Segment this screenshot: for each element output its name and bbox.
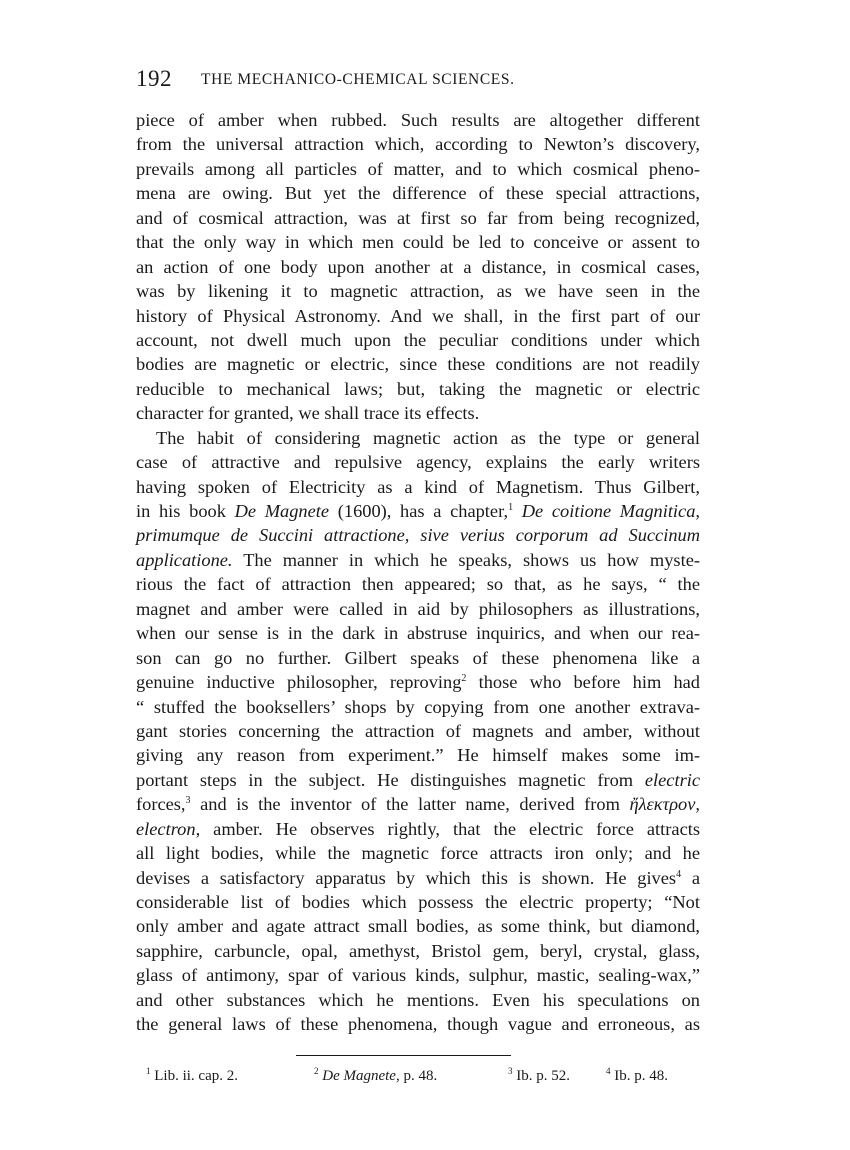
footnote-text: Ib. p. 52. [513,1068,571,1084]
text-line: bodies are magnetic or electric, since t… [136,352,700,376]
text-run: The manner in which he speaks, shows us … [233,550,700,570]
page-number: 192 [136,66,172,92]
text-run: (1600), has a chapter, [329,501,508,521]
text-line: case of attractive and repulsive agency,… [136,450,700,474]
text-line: piece of amber when rubbed. Such results… [136,108,700,132]
text-line: The habit of considering magnetic action… [136,426,700,450]
text-line: applicatione. The manner in which he spe… [136,548,700,572]
text-line: in his book De Magnete (1600), has a cha… [136,499,700,523]
footnote-text: Ib. p. 48. [611,1068,669,1084]
text-run: , amber. He observes rightly, that the e… [196,819,700,839]
footnote-text: Lib. ii. cap. 2. [151,1068,238,1084]
text-line: character for granted, we shall trace it… [136,401,700,425]
text-line: portant steps in the subject. He disting… [136,768,700,792]
text-run: a [681,868,700,888]
text-line: account, not dwell much upon the peculia… [136,328,700,352]
text-line: primumque de Succini attractione, sive v… [136,523,700,547]
text-line: reducible to mechanical laws; but, takin… [136,377,700,401]
footnote-1: 1 Lib. ii. cap. 2. [146,1068,238,1085]
chapter-title-italic: applicatione. [136,550,233,570]
footnote-2: 2 De Magnete, p. 48. [314,1068,437,1085]
text-line: was by likening it to magnetic attractio… [136,279,700,303]
text-line: “ stuffed the booksellers’ shops by copy… [136,695,700,719]
footnote-italic-title: De Magnete [319,1068,396,1084]
text-run: in his book [136,501,235,521]
text-line: and other substances which he mentions. … [136,988,700,1012]
text-line: only amber and agate attract small bodie… [136,914,700,938]
text-line: all light bodies, while the magnetic for… [136,841,700,865]
text-line: sapphire, carbuncle, opal, amethyst, Bri… [136,939,700,963]
body-text: piece of amber when rubbed. Such results… [136,108,700,1037]
book-title-italic: De Magnete [235,501,329,521]
text-line: glass of antimony, spar of various kinds… [136,963,700,987]
text-line: mena are owing. But yet the difference o… [136,181,700,205]
text-line: son can go no further. Gilbert speaks of… [136,646,700,670]
text-line: an action of one body upon another at a … [136,255,700,279]
text-run: portant steps in the subject. He disting… [136,770,645,790]
text-run: and is the inventor of the latter name, … [191,794,630,814]
italic-term: electric [645,770,700,790]
paragraph-1: piece of amber when rubbed. Such results… [136,108,700,426]
text-line: devises a satisfactory apparatus by whic… [136,866,700,890]
footnote-4: 4 Ib. p. 48. [606,1068,668,1085]
italic-term: electron [136,819,196,839]
text-line: forces,3 and is the inventor of the latt… [136,792,700,816]
footnote-divider [296,1055,511,1056]
text-line: giving any reason from experiment.” He h… [136,743,700,767]
footnotes: 1 Lib. ii. cap. 2. 2 De Magnete, p. 48. … [136,1068,700,1090]
text-line: history of Physical Astronomy. And we sh… [136,304,700,328]
greek-word: ἤλεκτρον, [629,794,700,814]
running-title: THE MECHANICO-CHEMICAL SCIENCES. [201,71,515,89]
text-line: having spoken of Electricity as a kind o… [136,475,700,499]
paragraph-2: The habit of considering magnetic action… [136,426,700,1037]
book-page: 192 THE MECHANICO-CHEMICAL SCIENCES. pie… [136,66,700,1090]
footnote-text: , p. 48. [396,1068,437,1084]
text-line: magnet and amber were called in aid by p… [136,597,700,621]
text-line: that the only way in which men could be … [136,230,700,254]
text-line: when our sense is in the dark in abstrus… [136,621,700,645]
text-run: those who before him had [466,672,700,692]
text-line: prevails among all particles of matter, … [136,157,700,181]
text-run: genuine inductive philosopher, reproving [136,672,461,692]
text-line: rious the fact of attraction then appear… [136,572,700,596]
text-line: from the universal attraction which, acc… [136,132,700,156]
chapter-title-italic: De coitione Magnitica, [513,501,700,521]
text-line: and of cosmical attraction, was at first… [136,206,700,230]
text-line: gant stories concerning the attraction o… [136,719,700,743]
footnote-3: 3 Ib. p. 52. [508,1068,570,1085]
running-head: 192 THE MECHANICO-CHEMICAL SCIENCES. [136,66,700,96]
text-run: forces, [136,794,186,814]
text-line: electron, amber. He observes rightly, th… [136,817,700,841]
text-line: considerable list of bodies which posses… [136,890,700,914]
text-line: genuine inductive philosopher, reproving… [136,670,700,694]
text-line: the general laws of these phenomena, tho… [136,1012,700,1036]
text-run: devises a satisfactory apparatus by whic… [136,868,676,888]
